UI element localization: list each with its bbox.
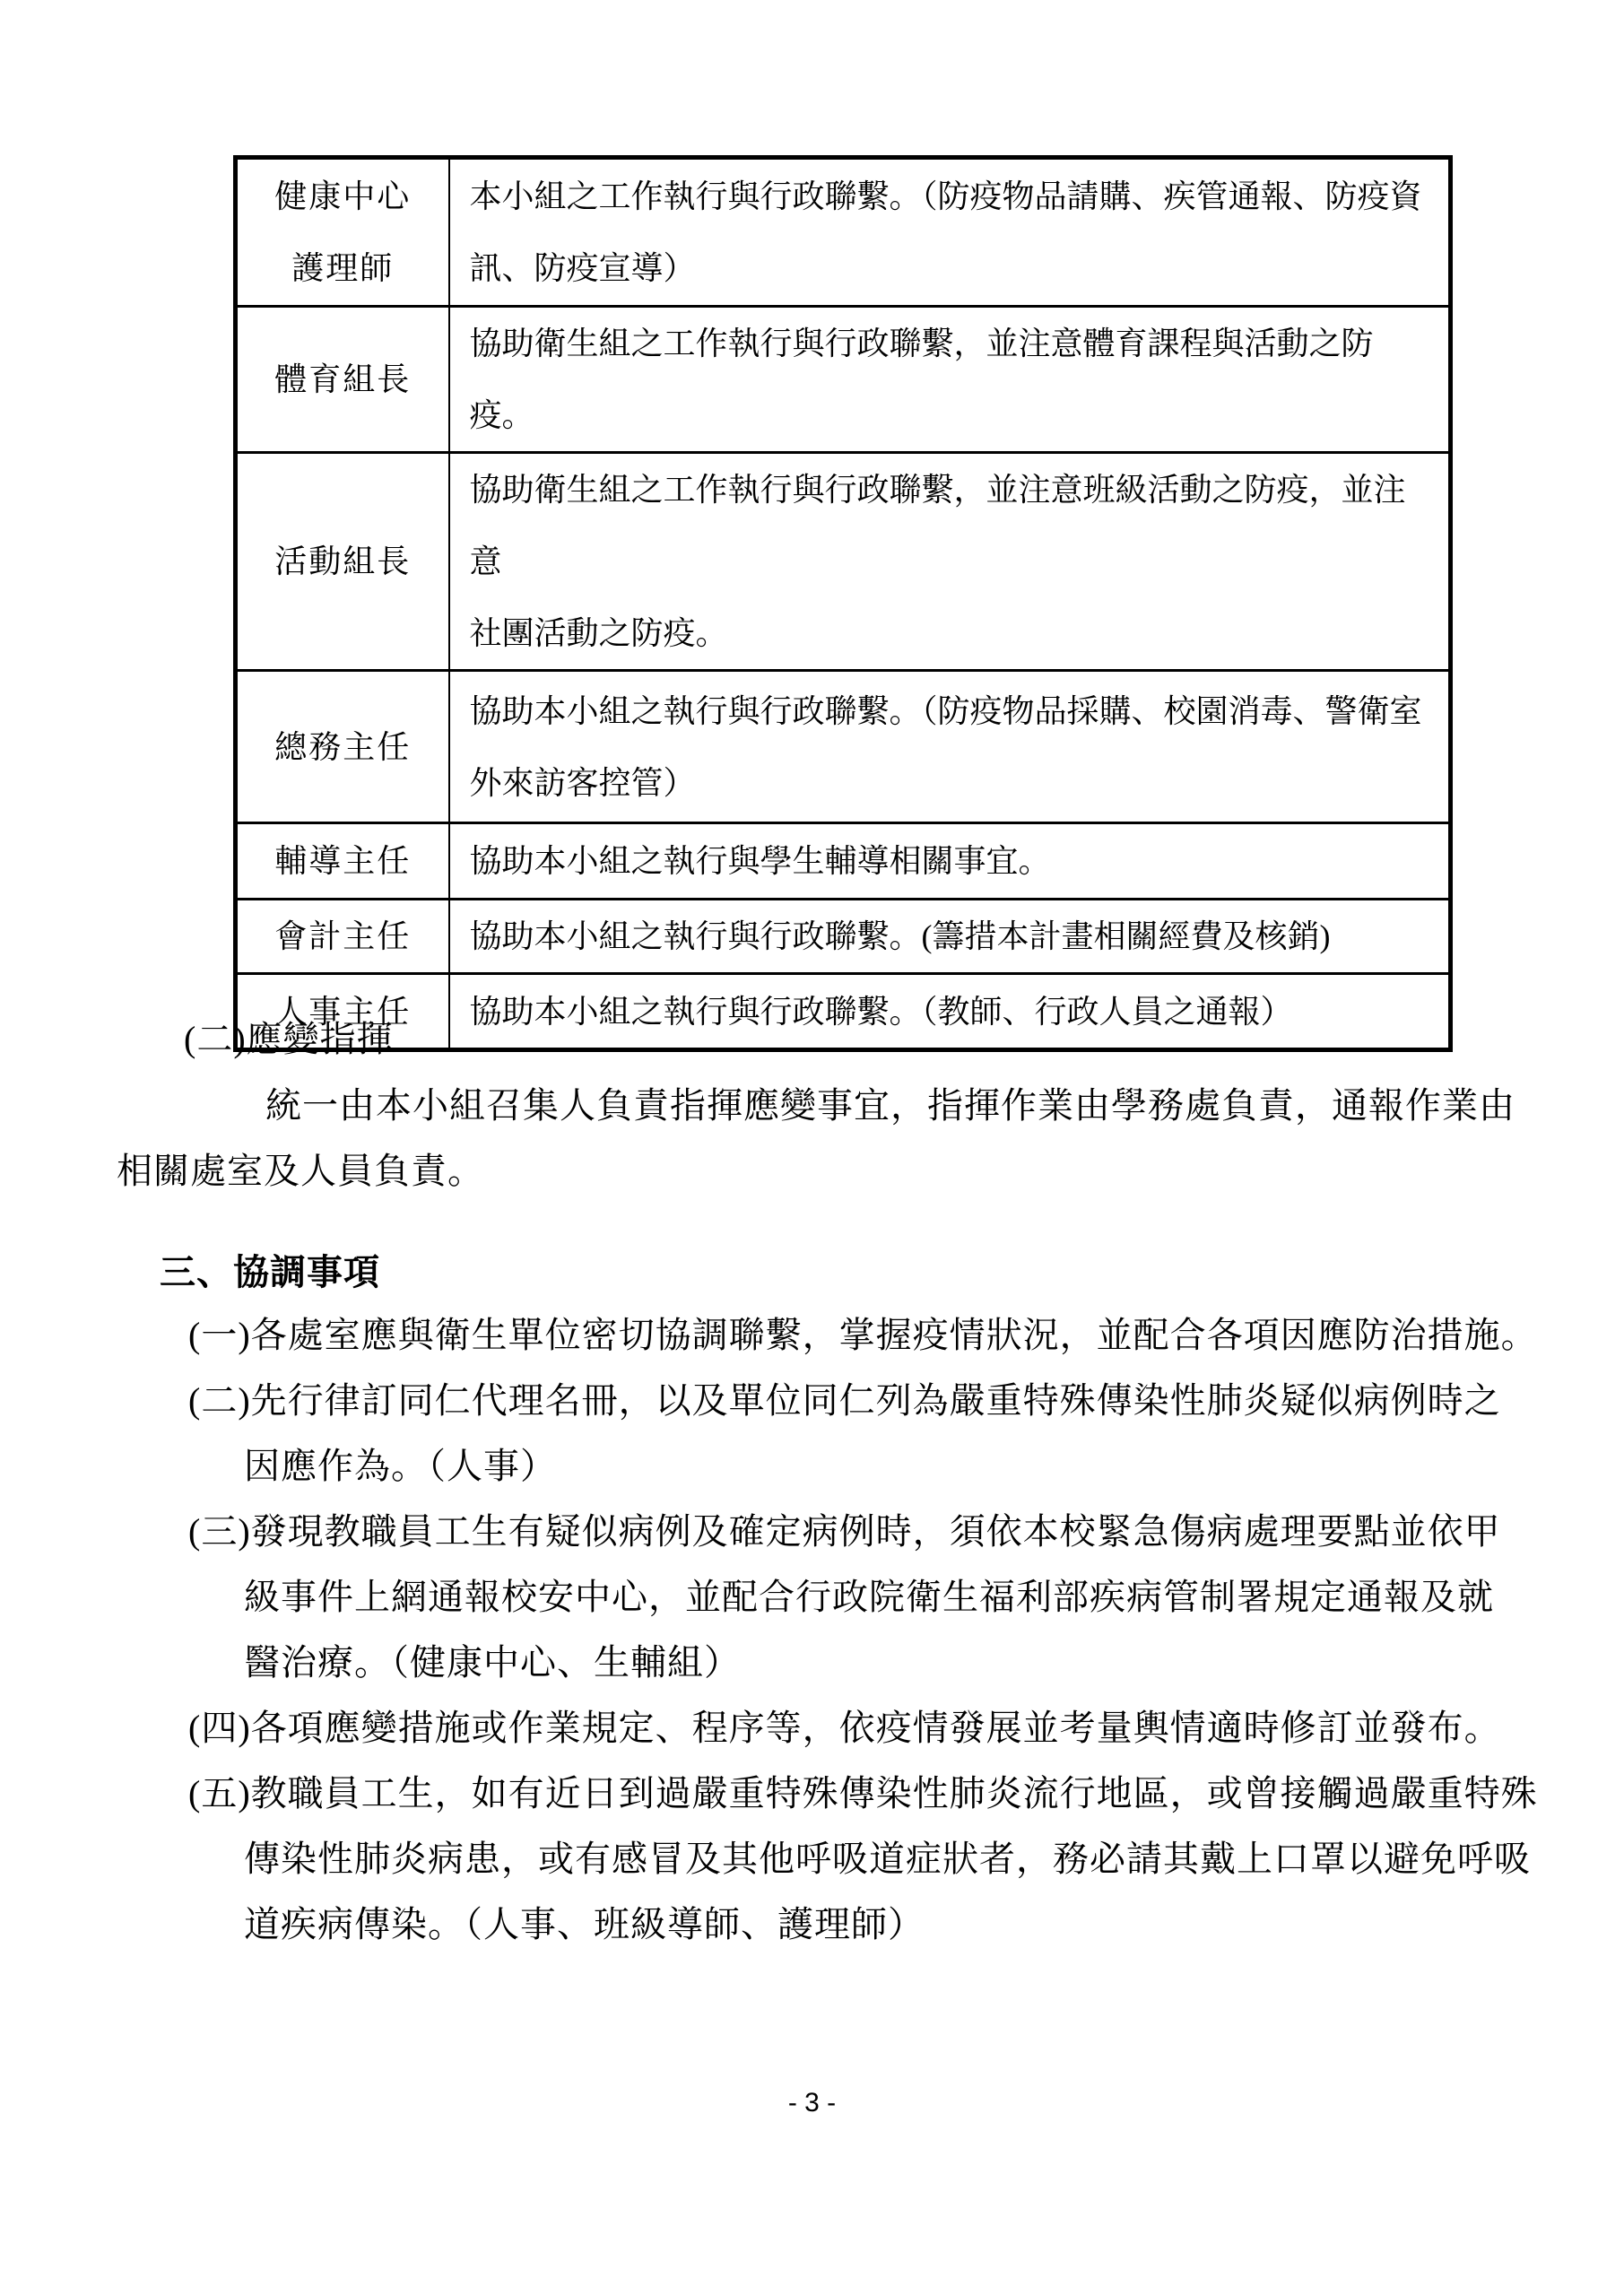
role-cell: 輔導主任 [236,823,449,900]
duty-cell: 本小組之工作執行與行政聯繫。（防疫物品請購、疾管通報、防疫資 訊、防疫宣導） [449,158,1451,307]
role-cell: 總務主任 [236,671,449,823]
section-command-heading: (二)應變指揮 [184,1006,394,1072]
role-cell: 體育組長 [236,307,449,453]
duty-cell: 協助衛生組之工作執行與行政聯繫，並注意體育課程與活動之防疫。 [449,307,1451,453]
role-cell: 會計主任 [236,900,449,974]
table-row: 輔導主任 協助本小組之執行與學生輔導相關事宜。 [236,823,1451,900]
duty-cell: 協助衛生組之工作執行與行政聯繫，並注意班級活動之防疫，並注意 社團活動之防疫。 [449,453,1451,671]
duty-cell: 協助本小組之執行與行政聯繫。(籌措本計畫相關經費及核銷) [449,900,1451,974]
role-cell: 活動組長 [236,453,449,671]
page-number: - 3 - [0,2088,1624,2118]
list-item: (一)各處室應與衛生單位密切協調聯繫，掌握疫情狀況，並配合各項因應防治措施。 [188,1302,1542,1368]
duty-cell: 協助本小組之執行與行政聯繫。（教師、行政人員之通報） [449,974,1451,1050]
table-row: 總務主任 協助本小組之執行與行政聯繫。（防疫物品採購、校園消毒、警衛室 外來訪客… [236,671,1451,823]
duty-cell: 協助本小組之執行與學生輔導相關事宜。 [449,823,1451,900]
coordination-list: (一)各處室應與衛生單位密切協調聯繫，掌握疫情狀況，並配合各項因應防治措施。 (… [188,1302,1542,1957]
list-item: (四)各項應變措施或作業規定、程序等，依疫情發展並考量輿情適時修訂並發布。 [188,1695,1542,1761]
document-page: 健康中心 護理師 本小組之工作執行與行政聯繫。（防疫物品請購、疾管通報、防疫資 … [0,0,1624,2296]
command-paragraph: 統一由本小組召集人負責指揮應變事宜，指揮作業由學務處負責，通報作業由 相關處室及… [117,1073,1551,1204]
role-cell: 健康中心 護理師 [236,158,449,307]
list-item: (二)先行律訂同仁代理名冊，以及單位同仁列為嚴重特殊傳染性肺炎疑似病例時之 因應… [188,1368,1542,1499]
list-item: (三)發現教職員工生有疑似病例及確定病例時，須依本校緊急傷病處理要點並依甲 級事… [188,1499,1542,1695]
list-item: (五)教職員工生，如有近日到過嚴重特殊傳染性肺炎流行地區，或曾接觸過嚴重特殊 傳… [188,1761,1542,1957]
table-row: 人事主任 協助本小組之執行與行政聯繫。（教師、行政人員之通報） [236,974,1451,1050]
duty-cell: 協助本小組之執行與行政聯繫。（防疫物品採購、校園消毒、警衛室 外來訪客控管） [449,671,1451,823]
section-coordination-heading: 三、協調事項 [160,1239,380,1305]
table-row: 活動組長 協助衛生組之工作執行與行政聯繫，並注意班級活動之防疫，並注意 社團活動… [236,453,1451,671]
table-row: 體育組長 協助衛生組之工作執行與行政聯繫，並注意體育課程與活動之防疫。 [236,307,1451,453]
table-row: 健康中心 護理師 本小組之工作執行與行政聯繫。（防疫物品請購、疾管通報、防疫資 … [236,158,1451,307]
duty-table: 健康中心 護理師 本小組之工作執行與行政聯繫。（防疫物品請購、疾管通報、防疫資 … [233,155,1453,1052]
table-row: 會計主任 協助本小組之執行與行政聯繫。(籌措本計畫相關經費及核銷) [236,900,1451,974]
